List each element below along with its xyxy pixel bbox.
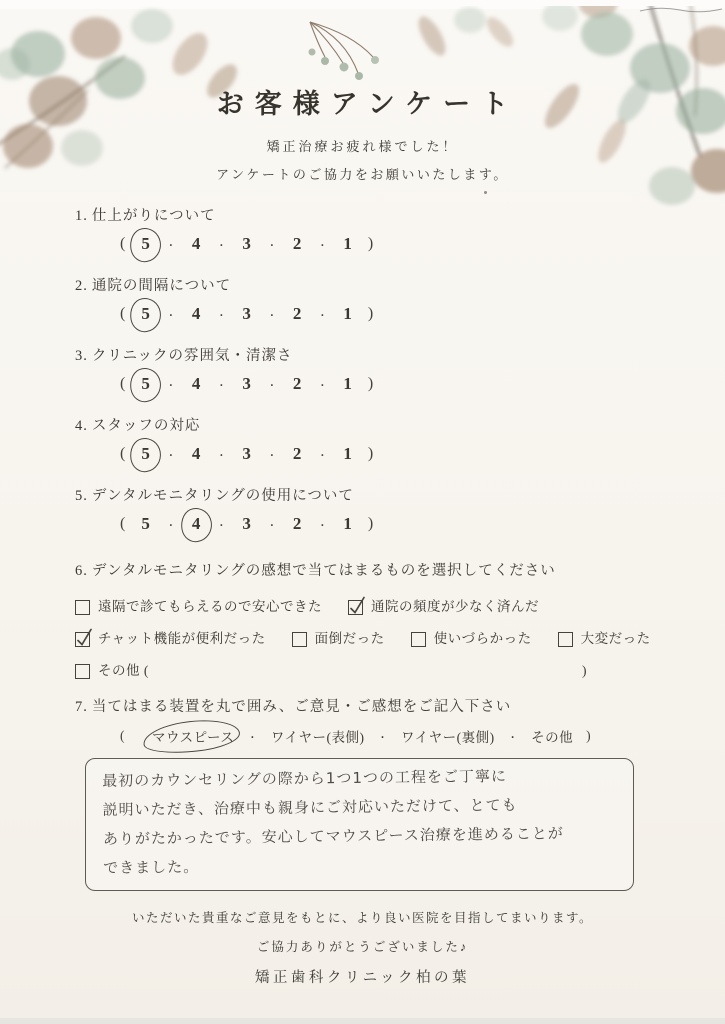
berry-cluster [309,22,380,80]
device-option-circled: マウスピース [152,726,234,746]
clinic-name: 矯正歯科クリニック柏の葉 [0,966,725,987]
scale-value: 2 [293,374,302,394]
scale-separator: ・ [317,447,327,462]
checkbox-rows: 遠隔で診てもらえるので安心できた通院の頻度が少なく済んだチャット機能が便利だった… [75,597,655,681]
scale-value-circled: 5 [141,374,150,394]
question-number: 1. [75,208,88,224]
rating-scale: (5・4・3・2・1) [120,442,373,466]
rating-question: 4.スタッフの対応(5・4・3・2・1) [75,416,373,466]
close-paren: ) [586,728,591,744]
question-number: 5. [75,488,88,504]
checkbox-label: 通院の頻度が少なく済んだ [371,597,539,617]
rating-scale: (5・4・3・2・1) [120,512,373,536]
subtitle-line1: 矯正治療お疲れ様でした！ [0,136,725,155]
scale-value: 3 [242,374,251,394]
subtitle-line2: アンケートのご協力をお願いいたします。 [0,164,725,183]
checkbox-checked-icon [75,632,90,647]
question-number: 6. [75,563,88,579]
scale-separator: ・ [317,517,327,532]
checkbox-checked-icon [348,600,363,615]
scale-value-circled: 4 [192,514,201,534]
question-number: 4. [75,418,88,434]
scale-value: 1 [343,234,352,254]
scale-separator: ・ [216,307,226,322]
device-option: ワイヤー(表側) [271,726,365,746]
question-label: 仕上がりについて [92,208,216,224]
checkbox-label: 使いづらかった [434,629,532,649]
open-paren: ( [120,235,125,253]
footer-message: いただいた貴重なご意見をもとに、より良い医院を目指してまいります。 ご協力ありが… [0,908,725,955]
question-label-row: 4.スタッフの対応 [75,416,373,436]
question-label-row: 1.仕上がりについて [75,206,373,226]
scale-value: 5 [141,514,150,534]
checkbox-label: チャット機能が便利だった [98,629,266,649]
open-paren: ( [120,515,125,533]
rating-scale: (5・4・3・2・1) [120,372,373,396]
checkbox-option: その他 () [75,661,587,681]
device-option: ワイヤー(裏側) [401,726,495,746]
question-label-row: 3.クリニックの雰囲気・清潔さ [75,346,373,366]
scale-separator: ・ [166,307,176,322]
checkbox-label: 面倒だった [315,629,385,649]
scan-speckle [484,191,487,194]
question-label-row: 5.デンタルモニタリングの使用について [75,486,373,506]
checkbox-question: 6.デンタルモニタリングの感想で当てはまるものを選択してください 遠隔で診てもら… [75,561,655,693]
scale-value: 4 [192,234,201,254]
checkbox-option: 遠隔で診てもらえるので安心できた [75,597,322,617]
checkbox-unchecked-icon [558,632,573,647]
question-label-row: 6.デンタルモニタリングの感想で当てはまるものを選択してください [75,561,655,581]
leaf-sprigs-middle [413,7,517,60]
checkbox-label: 遠隔で診てもらえるので安心できた [98,597,322,617]
scale-value: 3 [242,514,251,534]
scale-value: 1 [343,514,352,534]
scale-separator: ・ [216,377,226,392]
scale-value: 2 [293,304,302,324]
scale-value-circled: 5 [141,304,150,324]
close-paren: ) [368,375,373,393]
question-label: デンタルモニタリングの感想で当てはまるものを選択してください [92,563,556,579]
handwritten-comment-box: 最初のカウンセリングの際から1つ1つの工程をご丁寧に 説明いただき、治療中も親身… [85,758,634,891]
checkbox-option: チャット機能が便利だった [75,629,266,649]
scale-separator: ・ [267,377,277,392]
scale-separator: ・ [267,237,277,252]
other-close-paren: ) [582,661,587,681]
scale-value: 1 [343,304,352,324]
question-label-row: 2.通院の間隔について [75,276,373,296]
option-separator: ・ [377,729,388,744]
rating-question: 1.仕上がりについて(5・4・3・2・1) [75,206,373,256]
rating-questions: 1.仕上がりについて(5・4・3・2・1)2.通院の間隔について(5・4・3・2… [75,206,373,556]
question-number: 3. [75,348,88,364]
scale-value: 2 [293,234,302,254]
checkbox-row: その他 () [75,661,655,681]
checkbox-row: チャット機能が便利だった面倒だった使いづらかった大変だった [75,629,655,649]
close-paren: ) [368,445,373,463]
survey-header: お客様アンケート 矯正治療お疲れ様でした！ アンケートのご協力をお願いいたします… [0,82,725,183]
rating-question: 5.デンタルモニタリングの使用について(5・4・3・2・1) [75,486,373,536]
question-label: スタッフの対応 [92,418,201,434]
question-number: 7. [75,699,88,715]
rating-question: 2.通院の間隔について(5・4・3・2・1) [75,276,373,326]
rating-scale: (5・4・3・2・1) [120,302,373,326]
scale-separator: ・ [166,447,176,462]
open-paren: ( [120,445,125,463]
scan-edge-bottom [0,1018,725,1024]
scale-value-circled: 5 [141,234,150,254]
scale-separator: ・ [267,307,277,322]
comment-line: できました。 [103,848,618,883]
check-icon [76,633,89,646]
checkbox-label: その他 ( [98,661,149,681]
scale-separator: ・ [216,517,226,532]
scale-separator: ・ [317,237,327,252]
scale-value: 1 [343,444,352,464]
checkbox-unchecked-icon [411,632,426,647]
scale-value: 1 [343,374,352,394]
checkbox-option: 面倒だった [292,629,385,649]
scale-value: 2 [293,444,302,464]
scale-value: 3 [242,304,251,324]
open-paren: ( [120,305,125,323]
checkbox-row: 遠隔で診てもらえるので安心できた通院の頻度が少なく済んだ [75,597,655,617]
handwritten-comment: 最初のカウンセリングの際から1つ1つの工程をご丁寧に 説明いただき、治療中も親身… [102,761,618,883]
footer-line1: いただいた貴重なご意見をもとに、より良い医院を目指してまいります。 [0,908,725,926]
scale-value: 2 [293,514,302,534]
close-paren: ) [368,515,373,533]
scanned-survey-page: お客様アンケート 矯正治療お疲れ様でした！ アンケートのご協力をお願いいたします… [0,0,725,1024]
question-number: 2. [75,278,88,294]
close-paren: ) [368,305,373,323]
scale-separator: ・ [317,307,327,322]
checkbox-unchecked-icon [75,664,90,679]
scale-separator: ・ [267,517,277,532]
scale-value: 4 [192,304,201,324]
device-option: その他 [531,726,573,746]
scale-separator: ・ [166,377,176,392]
rating-question: 3.クリニックの雰囲気・清潔さ(5・4・3・2・1) [75,346,373,396]
scale-value: 3 [242,444,251,464]
close-paren: ) [368,235,373,253]
rating-scale: (5・4・3・2・1) [120,232,373,256]
open-paren: ( [120,375,125,393]
scale-separator: ・ [267,447,277,462]
question-label: デンタルモニタリングの使用について [92,488,354,504]
question-label-row: 7.当てはまる装置を丸で囲み、ご意見・ご感想をご記入下さい [75,697,655,717]
scale-value: 3 [242,234,251,254]
question-label: 当てはまる装置を丸で囲み、ご意見・ご感想をご記入下さい [92,699,511,715]
page-title: お客様アンケート [0,82,725,121]
scale-separator: ・ [216,237,226,252]
scale-value: 4 [192,374,201,394]
open-paren: ( [120,728,125,744]
checkbox-option: 通院の頻度が少なく済んだ [348,597,539,617]
check-icon [349,601,362,614]
scale-separator: ・ [166,517,176,532]
footer-line2: ご協力ありがとうございました♪ [0,937,725,955]
scale-separator: ・ [216,447,226,462]
scale-separator: ・ [317,377,327,392]
scale-value: 4 [192,444,201,464]
question-label: クリニックの雰囲気・清潔さ [92,348,293,364]
checkbox-option: 使いづらかった [411,629,532,649]
device-question: 7.当てはまる装置を丸で囲み、ご意見・ご感想をご記入下さい (マウスピース・ワイ… [75,697,655,746]
checkbox-option: 大変だった [558,629,651,649]
option-separator: ・ [247,729,258,744]
device-options: (マウスピース・ワイヤー(表側)・ワイヤー(裏側)・その他) [120,726,591,746]
scale-separator: ・ [166,237,176,252]
question-label: 通院の間隔について [92,278,231,294]
checkbox-label: 大変だった [581,629,651,649]
checkbox-unchecked-icon [75,600,90,615]
checkbox-unchecked-icon [292,632,307,647]
option-separator: ・ [508,729,519,744]
scale-value-circled: 5 [141,444,150,464]
